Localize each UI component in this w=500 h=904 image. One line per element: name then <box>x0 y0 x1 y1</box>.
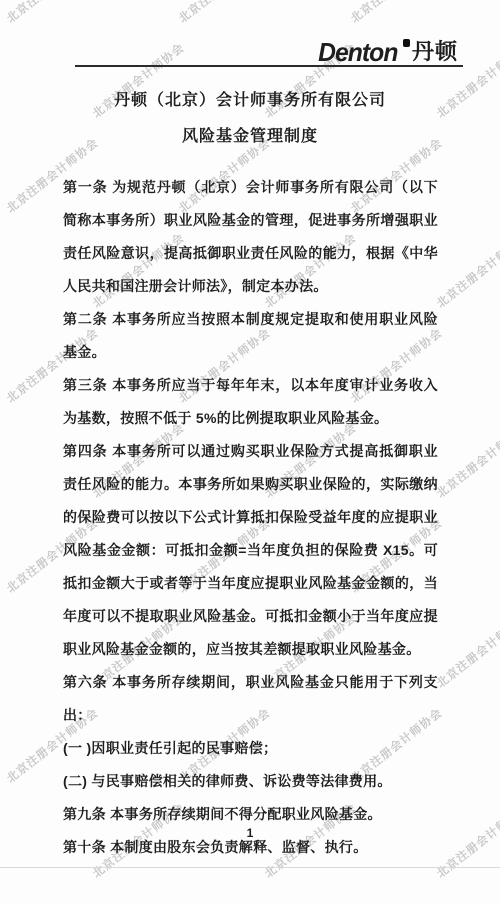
company-title: 丹顿（北京）会计师事务所有限公司 <box>0 87 500 110</box>
logo-latin-text: Denton <box>319 39 398 65</box>
company-logo: Denton 丹顿 <box>316 39 458 65</box>
letterhead: Denton 丹顿 <box>0 0 500 67</box>
watermark-text: 北京注册会计师协会 <box>433 609 500 691</box>
paragraph: 第六条 本事务所存续期间，职业风险基金只能用于下列支出： <box>63 666 438 732</box>
paragraph: (二) 与民事赔偿相关的律师费、诉讼费等法律费用。 <box>63 765 438 798</box>
page-number: 1 <box>0 826 500 840</box>
document-page: 北京注册会计师协会北京注册会计师协会北京注册会计师协会北京注册会计师协会北京注册… <box>0 0 500 904</box>
paragraph: 第三条 本事务所应当于每年年末，以本年度审计业务收入为基数，按照不低于 5%的比… <box>63 369 438 435</box>
watermark-text: 北京注册会计师协会 <box>433 229 500 311</box>
watermark-text: 北京注册会计师协会 <box>433 419 500 501</box>
paragraph: (一 )因职业责任引起的民事赔偿； <box>63 732 438 765</box>
paragraph: 第一条 为规范丹顿（北京）会计师事务所有限公司（以下简称本事务所）职业风险基金的… <box>63 171 438 303</box>
paragraph: 第四条 本事务所可以通过购买职业保险方式提高抵御职业责任风险的能力。本事务所如果… <box>63 435 438 666</box>
page-bottom-edge <box>0 867 500 868</box>
document-title: 风险基金管理制度 <box>0 123 500 146</box>
document-body: 第一条 为规范丹顿（北京）会计师事务所有限公司（以下简称本事务所）职业风险基金的… <box>63 171 438 864</box>
letterhead-rule <box>75 65 463 67</box>
registered-trademark-icon <box>403 39 410 47</box>
watermark-text: 北京注册会计师协会 <box>433 799 500 881</box>
paragraph: 第二条 本事务所应当按照本制度规定提取和使用职业风险基金。 <box>63 303 438 369</box>
logo-chinese-text: 丹顿 <box>412 41 458 63</box>
